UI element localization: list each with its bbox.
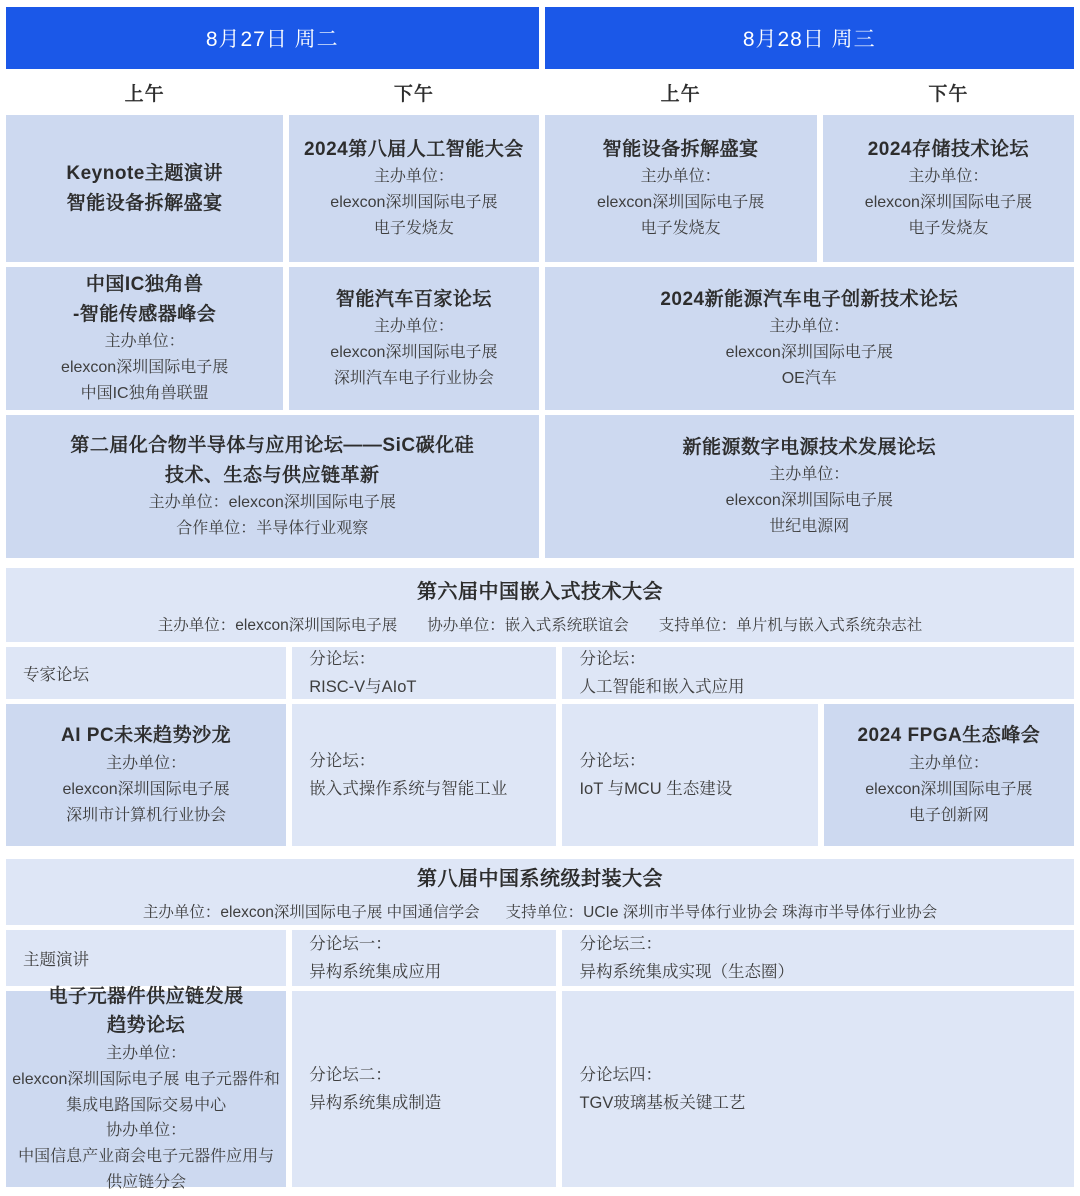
event-title: Keynote主题演讲: [66, 159, 222, 188]
subforum-cell-hetero-integration-app: 分论坛一： 异构系统集成应用: [292, 930, 556, 986]
event-cell-ai-pc-salon: AI PC未来趋势沙龙 主办单位： elexcon深圳国际电子展 深圳市计算机行…: [6, 704, 286, 846]
event-title: 第二届化合物半导体与应用论坛——SiC碳化硅: [70, 431, 474, 460]
organizer-name: OE汽车: [782, 366, 837, 392]
event-cell-teardown: 智能设备拆解盛宴 主办单位： elexcon深圳国际电子展 电子发烧友: [545, 115, 817, 262]
event-cell-fpga-summit: 2024 FPGA生态峰会 主办单位： elexcon深圳国际电子展 电子创新网: [824, 704, 1074, 846]
time-header-am-1: 上午: [6, 69, 283, 115]
organizer-name: 电子发烧友: [641, 216, 721, 242]
event-title: 中国IC独角兽: [86, 270, 204, 299]
event-title: AI PC未来趋势沙龙: [61, 721, 231, 750]
organizer-name: elexcon深圳国际电子展: [63, 777, 230, 803]
time-header-row: 上午 下午 上午 下午: [6, 69, 1074, 115]
subforum-label: 分论坛三：: [579, 930, 662, 958]
subforum-cell-embedded-os: 分论坛： 嵌入式操作系统与智能工业: [292, 704, 556, 846]
event-title: 智能汽车百家论坛: [336, 285, 492, 314]
event-cell-storage-forum: 2024存储技术论坛 主办单位： elexcon深圳国际电子展 电子发烧友: [823, 115, 1074, 262]
event-title: 新能源数字电源技术发展论坛: [682, 433, 936, 462]
day-header-aug28: 8月28日 周三: [545, 7, 1075, 69]
organizer-name: elexcon深圳国际电子展 电子元器件和集成电路国际交易中心: [12, 1067, 280, 1119]
organizer-segment: 主办单位：elexcon深圳国际电子展 中国通信学会: [143, 900, 480, 922]
section-title: 第六届中国嵌入式技术大会: [417, 575, 663, 604]
organizer-name: elexcon深圳国际电子展: [330, 340, 497, 366]
organizer-name: 深圳汽车电子行业协会: [334, 366, 494, 392]
organizer-name: 电子创新网: [909, 803, 989, 829]
organizer-segment: 主办单位：elexcon深圳国际电子展: [158, 613, 397, 635]
subforum-cell-hetero-integration-eco: 分论坛三： 异构系统集成实现（生态圈）: [562, 930, 1074, 986]
subforum-cell-iot-mcu: 分论坛： IoT 与MCU 生态建设: [562, 704, 817, 846]
organizer-label: 主办单位：: [769, 314, 849, 340]
event-title: 智能设备拆解盛宴: [67, 189, 223, 218]
organizer-label: 主办单位：: [374, 164, 454, 190]
subforum-label: 分论坛：: [579, 645, 645, 673]
organizer-line: 主办单位：elexcon深圳国际电子展: [149, 490, 396, 516]
subforum-name: 异构系统集成实现（生态圈）: [579, 958, 794, 986]
event-cell-component-supply-chain: 电子元器件供应链发展 趋势论坛 主办单位： elexcon深圳国际电子展 电子元…: [6, 991, 286, 1187]
event-cell-digital-power-forum: 新能源数字电源技术发展论坛 主办单位： elexcon深圳国际电子展 世纪电源网: [545, 415, 1075, 558]
organizer-name: 电子发烧友: [374, 216, 454, 242]
event-title: 技术、生态与供应链革新: [165, 461, 380, 490]
organizer-label: 主办单位：: [106, 751, 186, 777]
event-title: 2024第八届人工智能大会: [304, 135, 524, 164]
event-title: 2024存储技术论坛: [868, 135, 1029, 164]
organizer-segment: 支持单位：UCIe 深圳市半导体行业协会 珠海市半导体行业协会: [506, 900, 937, 922]
time-header-am-2: 上午: [545, 69, 817, 115]
organizer-name: elexcon深圳国际电子展: [597, 190, 764, 216]
organizer-name: 中国IC独角兽联盟: [81, 381, 209, 407]
event-cell-keynote: Keynote主题演讲 智能设备拆解盛宴: [6, 115, 283, 262]
organizer-name: 深圳市计算机行业协会: [66, 803, 226, 829]
organizer-segment: 协办单位：嵌入式系统联谊会: [427, 613, 629, 635]
subforum-label: 分论坛：: [579, 747, 645, 775]
embedded-conference-header: 第六届中国嵌入式技术大会 主办单位：elexcon深圳国际电子展 协办单位：嵌入…: [6, 568, 1074, 642]
event-title: -智能传感器峰会: [73, 300, 216, 329]
conference-schedule-table: 8月27日 周二 8月28日 周三 上午 下午 上午 下午 Keynote主题演…: [0, 0, 1080, 1196]
organizer-segment: 支持单位：单片机与嵌入式系统杂志社: [659, 613, 923, 635]
organizer-label: 主办单位：: [374, 314, 454, 340]
subforum-name: 异构系统集成制造: [309, 1089, 441, 1117]
track-label-keynote: 主题演讲: [6, 930, 286, 986]
subforum-label: 分论坛一：: [309, 930, 392, 958]
day-header-row: 8月27日 周二 8月28日 周三: [6, 7, 1074, 69]
organizer-name: elexcon深圳国际电子展: [865, 190, 1032, 216]
subforum-name: 嵌入式操作系统与智能工业: [309, 775, 507, 803]
subforum-label: 分论坛四：: [579, 1061, 662, 1089]
subforum-label: 分论坛二：: [309, 1061, 392, 1089]
organizer-name: elexcon深圳国际电子展: [330, 190, 497, 216]
subforum-name: 人工智能和嵌入式应用: [579, 673, 744, 701]
co-organizer-label: 协办单位：: [106, 1118, 186, 1144]
track-label-expert-forum: 专家论坛: [6, 647, 286, 699]
section-title: 第八届中国系统级封装大会: [417, 862, 663, 891]
top-events-section: Keynote主题演讲 智能设备拆解盛宴 2024第八届人工智能大会 主办单位：…: [6, 115, 1074, 558]
subforum-name: RISC-V与AIoT: [309, 673, 416, 701]
organizer-label: 主办单位：: [641, 164, 721, 190]
event-title: 2024新能源汽车电子创新技术论坛: [660, 285, 958, 314]
day-header-aug27: 8月27日 周二: [6, 7, 539, 69]
event-title: 电子元器件供应链发展: [49, 982, 244, 1011]
subforum-label: 分论坛：: [309, 747, 375, 775]
subforum-name: 异构系统集成应用: [309, 958, 441, 986]
organizer-label: 主办单位：: [769, 462, 849, 488]
organizer-name: 世纪电源网: [769, 514, 849, 540]
event-cell-smart-car-forum: 智能汽车百家论坛 主办单位： elexcon深圳国际电子展 深圳汽车电子行业协会: [289, 267, 538, 410]
embedded-conference-section: 第六届中国嵌入式技术大会 主办单位：elexcon深圳国际电子展 协办单位：嵌入…: [6, 568, 1074, 846]
sip-conference-header: 第八届中国系统级封装大会 主办单位：elexcon深圳国际电子展 中国通信学会 …: [6, 859, 1074, 925]
co-organizer-name: 中国信息产业商会电子元器件应用与供应链分会: [12, 1144, 280, 1196]
sip-conference-section: 第八届中国系统级封装大会 主办单位：elexcon深圳国际电子展 中国通信学会 …: [6, 859, 1074, 1187]
organizer-label: 主办单位：: [909, 751, 989, 777]
event-title: 2024 FPGA生态峰会: [857, 721, 1040, 750]
section-organizers: 主办单位：elexcon深圳国际电子展 协办单位：嵌入式系统联谊会 支持单位：单…: [158, 613, 922, 635]
organizer-name: elexcon深圳国际电子展: [726, 340, 893, 366]
organizer-label: 主办单位：: [105, 329, 185, 355]
time-header-pm-1: 下午: [289, 69, 538, 115]
event-cell-ic-unicorn: 中国IC独角兽 -智能传感器峰会 主办单位： elexcon深圳国际电子展 中国…: [6, 267, 283, 410]
subforum-cell-riscv-aiot: 分论坛： RISC-V与AIoT: [292, 647, 556, 699]
subforum-cell-ai-embedded: 分论坛： 人工智能和嵌入式应用: [562, 647, 1074, 699]
subforum-cell-tgv-glass: 分论坛四： TGV玻璃基板关键工艺: [562, 991, 1074, 1187]
event-cell-sic-forum: 第二届化合物半导体与应用论坛——SiC碳化硅 技术、生态与供应链革新 主办单位：…: [6, 415, 539, 558]
time-header-pm-2: 下午: [823, 69, 1074, 115]
organizer-name: elexcon深圳国际电子展: [726, 488, 893, 514]
organizer-label: 主办单位：: [908, 164, 988, 190]
subforum-cell-hetero-integration-mfg: 分论坛二： 异构系统集成制造: [292, 991, 556, 1187]
organizer-name: elexcon深圳国际电子展: [865, 777, 1032, 803]
section-organizers: 主办单位：elexcon深圳国际电子展 中国通信学会 支持单位：UCIe 深圳市…: [143, 900, 937, 922]
subforum-label: 分论坛：: [309, 645, 375, 673]
partner-line: 合作单位：半导体行业观察: [176, 516, 368, 542]
event-title: 趋势论坛: [107, 1011, 185, 1040]
organizer-label: 主办单位：: [106, 1041, 186, 1067]
event-title: 智能设备拆解盛宴: [603, 135, 759, 164]
organizer-name: 电子发烧友: [908, 216, 988, 242]
subforum-name: IoT 与MCU 生态建设: [579, 775, 732, 803]
subforum-name: TGV玻璃基板关键工艺: [579, 1089, 745, 1117]
organizer-name: elexcon深圳国际电子展: [61, 355, 228, 381]
event-cell-ai-conference: 2024第八届人工智能大会 主办单位： elexcon深圳国际电子展 电子发烧友: [289, 115, 538, 262]
event-cell-nev-forum: 2024新能源汽车电子创新技术论坛 主办单位： elexcon深圳国际电子展 O…: [545, 267, 1075, 410]
